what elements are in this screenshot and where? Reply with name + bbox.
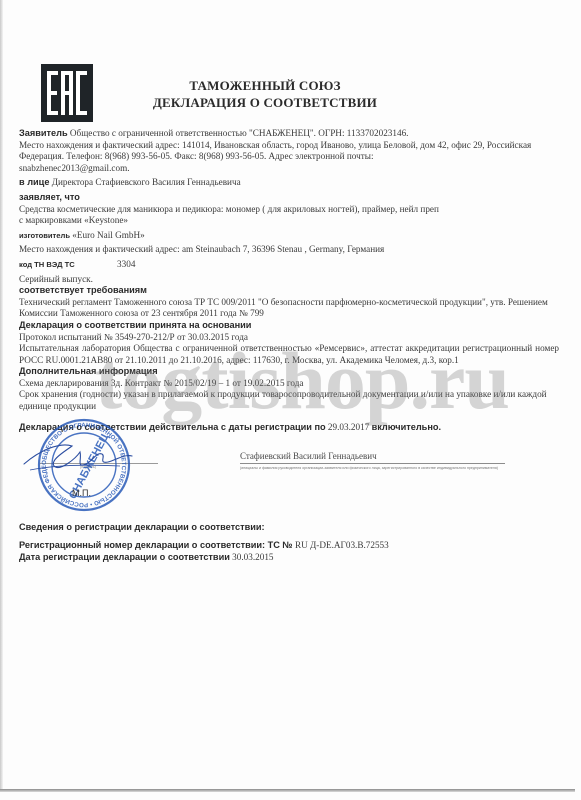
manufacturer-address: Место нахождения и фактический адрес: am… <box>19 244 559 256</box>
applicant-address: Место нахождения и фактический адрес: 14… <box>19 140 559 163</box>
registration-block: Сведения о регистрации декларации о соот… <box>19 521 559 563</box>
declaration-page: ТАМОЖЕННЫЙ СОЮЗ ДЕКЛАРАЦИЯ О СООТВЕТСТВИ… <box>0 0 581 800</box>
represented-value: Директора Стафиевского Василия Геннадьев… <box>52 177 241 187</box>
stamp-place-label: М.П. <box>72 488 91 498</box>
registration-number-value: RU Д-DE.АГ03.В.72553 <box>295 540 389 550</box>
product-description: Средства косметические для маникюра и пе… <box>19 204 559 216</box>
tn-ved-row: код ТН ВЭД ТС 3304 <box>19 259 559 271</box>
title-line-union: ТАМОЖЕННЫЙ СОЮЗ <box>130 77 400 94</box>
signatory-line <box>240 463 505 464</box>
eac-mark-icon <box>41 64 93 122</box>
declaration-scheme: Схема декларирования 3д. Контракт № 2015… <box>19 378 559 390</box>
manufacturer-name: «Euro Nail GmbH» <box>72 230 144 240</box>
document-title: ТАМОЖЕННЫЙ СОЮЗ ДЕКЛАРАЦИЯ О СООТВЕТСТВИ… <box>130 77 400 111</box>
registration-date-row: Дата регистрации декларации о соответств… <box>19 551 559 563</box>
declares-label: заявляет, что <box>19 192 559 204</box>
represented-row: в лице Директора Стафиевского Василия Ге… <box>19 177 559 189</box>
applicant-label: Заявитель <box>19 128 68 138</box>
serial-release: Серийный выпуск. <box>19 274 559 286</box>
registration-number-label: Регистрационный номер декларации о соотв… <box>19 540 293 550</box>
registration-number-row: Регистрационный номер декларации о соотв… <box>19 539 559 551</box>
product-marking: с маркировками «Keystone» <box>19 215 559 227</box>
applicant-email: snabzhenec2013@gmail.com. <box>19 163 559 175</box>
registration-date-label: Дата регистрации декларации о соответств… <box>19 552 230 562</box>
manufacturer-label: изготовитель <box>19 231 70 240</box>
handwritten-signature-icon <box>20 430 140 480</box>
applicant-row: Заявитель Общество с ограниченной ответс… <box>19 128 559 140</box>
title-line-declaration: ДЕКЛАРАЦИЯ О СООТВЕТСТВИИ <box>130 94 400 111</box>
additional-label: Дополнительная информация <box>19 366 559 378</box>
tn-ved-value: 3304 <box>117 259 135 269</box>
signatory-name: Стафиевский Василий Геннадьевич <box>240 451 377 461</box>
requirements-text: Технический регламент Таможенного союза … <box>19 297 559 320</box>
declaration-body: Заявитель Общество с ограниченной ответс… <box>19 128 559 433</box>
registration-heading: Сведения о регистрации декларации о соот… <box>19 521 559 533</box>
represented-label: в лице <box>19 177 49 187</box>
validity-suffix: включительно. <box>372 422 441 432</box>
requirements-label: соответствует требованиям <box>19 285 559 297</box>
applicant-name: Общество с ограниченной ответственностью… <box>70 128 409 138</box>
signatory-caption: (инициалы и фамилия руководителя организ… <box>240 466 505 470</box>
tn-ved-label: код ТН ВЭД ТС <box>19 260 75 269</box>
storage-info: Срок хранения (годности) указан в прилаг… <box>19 389 559 412</box>
validity-date: 29.03.2017 <box>328 422 369 432</box>
manufacturer-row: изготовитель «Euro Nail GmbH» <box>19 230 559 242</box>
basis-label: Декларация о соответствии принята на осн… <box>19 320 559 332</box>
test-protocol: Протокол испытаний № 3549-270-212/Р от 3… <box>19 332 559 344</box>
scan-bottom-edge <box>0 789 575 792</box>
scan-left-edge <box>0 0 3 790</box>
test-lab: Испытательная лаборатория Общества с огр… <box>19 343 559 366</box>
registration-date-value: 30.03.2015 <box>232 552 273 562</box>
